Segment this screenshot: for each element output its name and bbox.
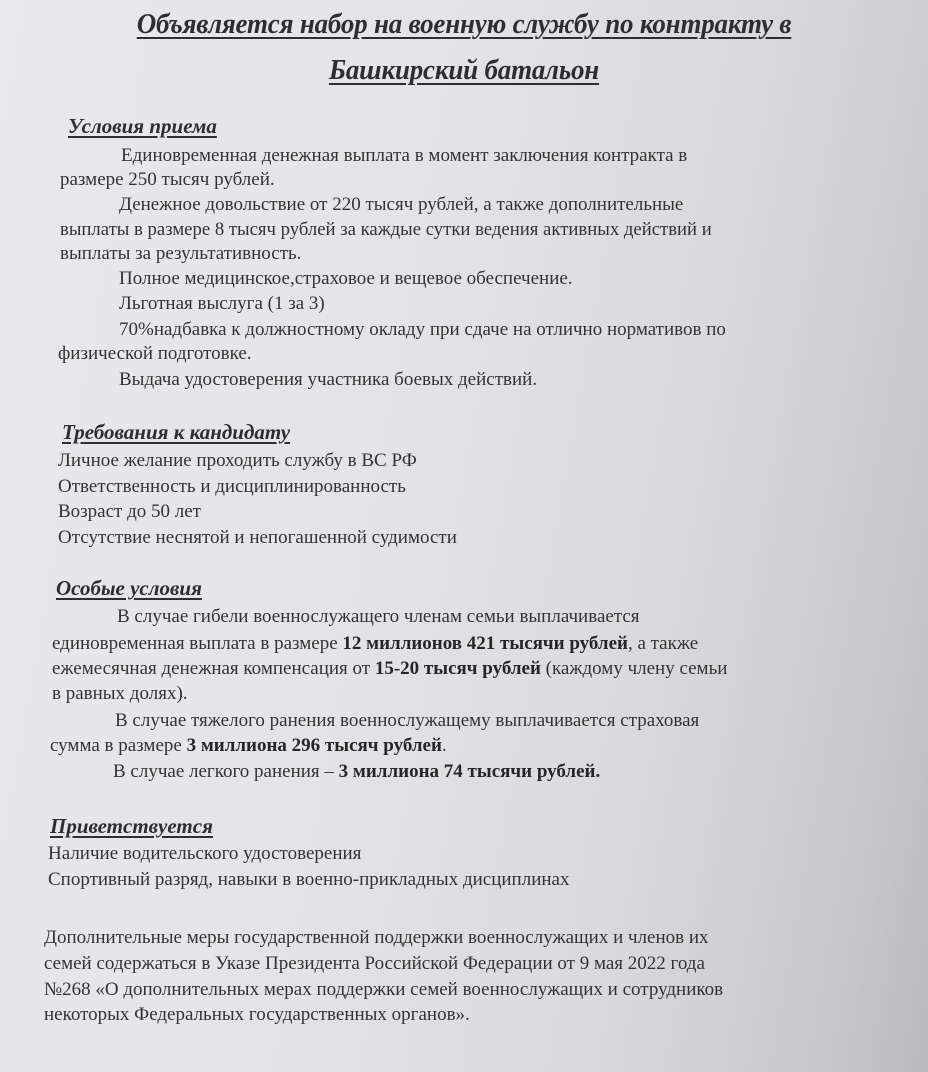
monthly-compensation-amount: 15-20 тысяч рублей bbox=[375, 658, 541, 679]
special-line: В случае легкого ранения – 3 миллиона 74… bbox=[113, 761, 600, 783]
special-line: ежемесячная денежная компенсация от 15-2… bbox=[52, 658, 727, 680]
section-heading-conditions: Условия приема bbox=[68, 114, 217, 139]
document-title-line-2: Башкирский батальон bbox=[32, 54, 895, 87]
section-heading-special: Особые условия bbox=[56, 576, 202, 601]
special-line: единовременная выплата в размере 12 милл… bbox=[52, 633, 698, 655]
footer-line: №268 «О дополнительных мерах поддержки с… bbox=[44, 979, 723, 1001]
conditions-line: физической подготовке. bbox=[58, 343, 252, 365]
document-title-line-1: Объявляется набор на военную службу по к… bbox=[32, 8, 895, 41]
special-line: сумма в размере 3 миллиона 296 тысяч руб… bbox=[50, 735, 447, 757]
footer-line: Дополнительные меры государственной подд… bbox=[44, 927, 709, 949]
requirements-line: Возраст до 50 лет bbox=[58, 501, 201, 523]
conditions-line: Выдача удостоверения участника боевых де… bbox=[119, 369, 537, 391]
conditions-line: Льготная выслуга (1 за 3) bbox=[119, 293, 325, 315]
special-text: сумма в размере bbox=[50, 735, 187, 756]
severe-injury-amount: 3 миллиона 296 тысяч рублей bbox=[187, 735, 442, 756]
document-page: Объявляется набор на военную службу по к… bbox=[0, 0, 928, 1072]
special-line: В случае гибели военнослужащего членам с… bbox=[117, 606, 640, 628]
conditions-line: 70%надбавка к должностному окладу при сд… bbox=[119, 319, 726, 341]
conditions-line: Денежное довольствие от 220 тысяч рублей… bbox=[119, 194, 683, 216]
light-injury-amount: 3 миллиона 74 тысячи рублей. bbox=[339, 761, 601, 782]
death-payment-amount: 12 миллионов 421 тысячи рублей bbox=[342, 633, 628, 654]
welcome-line: Спортивный разряд, навыки в военно-прикл… bbox=[48, 869, 569, 891]
title-text-1: Объявляется набор на военную службу по к… bbox=[137, 8, 792, 40]
special-text: В случае легкого ранения – bbox=[113, 761, 339, 782]
conditions-line: выплаты в размере 8 тысяч рублей за кажд… bbox=[60, 219, 712, 241]
requirements-line: Ответственность и дисциплинированность bbox=[58, 476, 406, 498]
conditions-line: Единовременная денежная выплата в момент… bbox=[121, 145, 687, 167]
special-text: (каждому члену семьи bbox=[541, 658, 728, 679]
special-line: В случае тяжелого ранения военнослужащем… bbox=[115, 710, 699, 732]
conditions-line: Полное медицинское,страховое и вещевое о… bbox=[119, 268, 573, 290]
special-line: в равных долях). bbox=[52, 683, 188, 705]
requirements-line: Отсутствие неснятой и непогашенной судим… bbox=[58, 527, 457, 549]
welcome-line: Наличие водительского удостоверения bbox=[48, 843, 361, 865]
special-text: единовременная выплата в размере bbox=[52, 633, 342, 654]
conditions-line: выплаты за результативность. bbox=[60, 243, 301, 265]
section-heading-requirements: Требования к кандидату bbox=[62, 420, 290, 445]
special-text: , а также bbox=[628, 633, 698, 654]
requirements-line: Личное желание проходить службу в ВС РФ bbox=[58, 450, 417, 472]
title-text-2: Башкирский батальон bbox=[329, 54, 599, 86]
footer-line: некоторых Федеральных государственных ор… bbox=[44, 1004, 470, 1026]
section-heading-welcome: Приветствуется bbox=[50, 814, 213, 839]
conditions-line: размере 250 тысяч рублей. bbox=[60, 169, 275, 191]
special-text: ежемесячная денежная компенсация от bbox=[52, 658, 375, 679]
footer-line: семей содержаться в Указе Президента Рос… bbox=[44, 953, 705, 975]
special-text: . bbox=[442, 735, 447, 756]
